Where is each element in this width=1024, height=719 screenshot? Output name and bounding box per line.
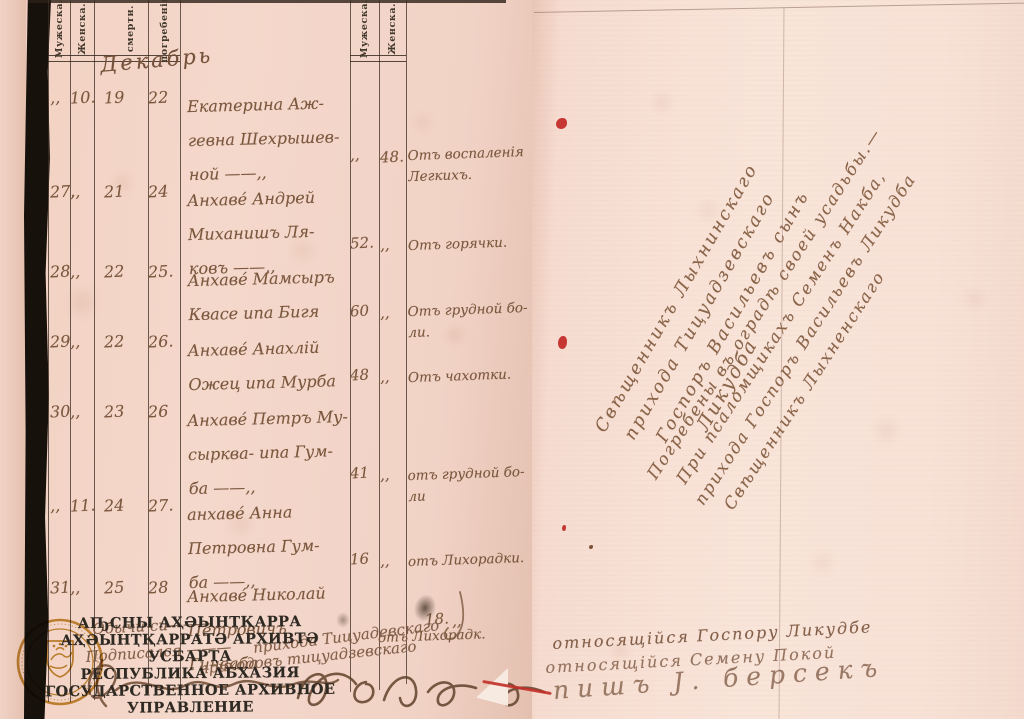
cause-cell: Отъ воспаленія Легкихъ. — [407, 142, 528, 188]
count-female-cell: ,, — [70, 578, 81, 598]
cause-cell: Отъ горячки. — [408, 232, 529, 257]
count-male-cell: 31 — [50, 577, 71, 597]
death-day-cell: 24 — [104, 495, 125, 515]
count-male-cell: ,, — [50, 88, 61, 108]
foxing-spots — [0, 0, 5, 5]
age-male-cell: 60 — [350, 302, 370, 321]
stamp-line: АҲӘЫНҬҚАРРАТӘ АРХИВТӘ — [40, 630, 340, 650]
header-age-female: Женска. — [379, 2, 406, 56]
count-female-cell: ,, — [70, 402, 81, 422]
column-rule — [379, 0, 380, 690]
cause-cell: Отъ чахотки. — [408, 364, 529, 389]
death-day-cell: 22 — [104, 261, 125, 281]
archival-scan: Мужеска. Женска. смерти. погребенія Муже… — [0, 0, 1024, 719]
header-count-female-label: Женска. — [77, 3, 88, 55]
name-cell: Анхавé Анахлій Ожец ипа Мурба — [187, 330, 354, 402]
death-day-cell: 21 — [104, 181, 125, 201]
burial-day-cell: 28 — [148, 577, 169, 597]
age-female-cell: ,, — [380, 304, 390, 322]
age-male-cell: 48 — [350, 366, 370, 385]
name-cell: Анхавé Мамсыръ Квасе ипа Бигя — [187, 260, 354, 332]
burial-day-cell: 24 — [148, 181, 169, 201]
count-female-cell: ,, — [70, 182, 81, 202]
age-male-cell: 41 — [350, 464, 370, 483]
death-day-cell: 19 — [104, 87, 125, 107]
death-day-cell: 23 — [104, 401, 125, 421]
name-cell: Анхавé Петръ Му- сырква- ипа Гум- ба ——,… — [187, 400, 355, 506]
stamp-line: ГОСУДАРСТВЕННОЕ АРХИВНОЕ — [40, 681, 340, 701]
burial-day-cell: 27. — [148, 495, 174, 515]
count-male-cell: ,, — [50, 496, 61, 516]
cause-cell: отъ Лихорадки. — [408, 548, 529, 573]
header-age-male-label: Мужеска. — [359, 0, 370, 59]
pen-flourish — [440, 588, 468, 644]
age-male-cell: 52. — [350, 233, 375, 252]
archive-stamp: АҦСНЫ АҲӘЫНҬҚАРРА АҲӘЫНҬҚАРРАТӘ АРХИВТӘ … — [40, 613, 341, 718]
count-female-cell: ,, — [70, 262, 81, 282]
column-rule — [180, 0, 181, 700]
count-female-cell: 10. — [70, 87, 96, 107]
column-rule — [48, 0, 49, 702]
age-female-cell: ,, — [380, 552, 390, 570]
age-female-cell: 48. — [380, 147, 405, 166]
age-female-cell: ,, — [380, 368, 390, 386]
header-underline — [350, 61, 406, 62]
cause-cell: отъ грудной бо- ли — [407, 462, 528, 508]
death-day-cell: 22 — [104, 331, 125, 351]
count-male-cell: 28 — [50, 261, 71, 281]
header-count-male-label: Мужеска. — [54, 0, 65, 59]
header-age-male: Мужеска. — [350, 2, 379, 56]
table-top-rule — [28, 0, 506, 3]
header-age-female-label: Женска. — [387, 3, 398, 55]
count-male-cell: 30 — [50, 401, 71, 421]
age-female-cell: ,, — [380, 236, 390, 254]
column-rule — [406, 0, 407, 684]
age-female-cell: ,, — [380, 466, 390, 484]
header-death-day: смерти. — [112, 2, 148, 56]
torn-paper-edge — [0, 0, 26, 719]
burial-day-cell: 26. — [148, 331, 174, 351]
age-male-cell: 16 — [350, 550, 370, 569]
death-day-cell: 25 — [104, 577, 125, 597]
count-female-cell: 11. — [70, 495, 96, 515]
header-count-female: Женска. — [70, 2, 94, 56]
ink-blot — [336, 612, 350, 628]
burial-day-cell: 22 — [148, 87, 169, 107]
count-male-cell: 29 — [50, 331, 71, 351]
count-female-cell: ,, — [70, 332, 81, 352]
stamp-line: УПРАВЛЕНИЕ — [40, 698, 340, 718]
header-death-day-label: смерти. — [125, 5, 136, 52]
header-count-male: Мужеска. — [48, 2, 70, 56]
name-cell: Екатерина Аж- гевна Шехрышев- ной ——,, — [187, 86, 355, 192]
age-male-cell: ,, — [350, 146, 360, 164]
black-book-edge — [24, 0, 51, 719]
burial-day-cell: 26 — [148, 401, 169, 421]
cause-cell: Отъ грудной бо- ли. — [407, 298, 528, 344]
burial-day-cell: 25. — [148, 261, 174, 281]
